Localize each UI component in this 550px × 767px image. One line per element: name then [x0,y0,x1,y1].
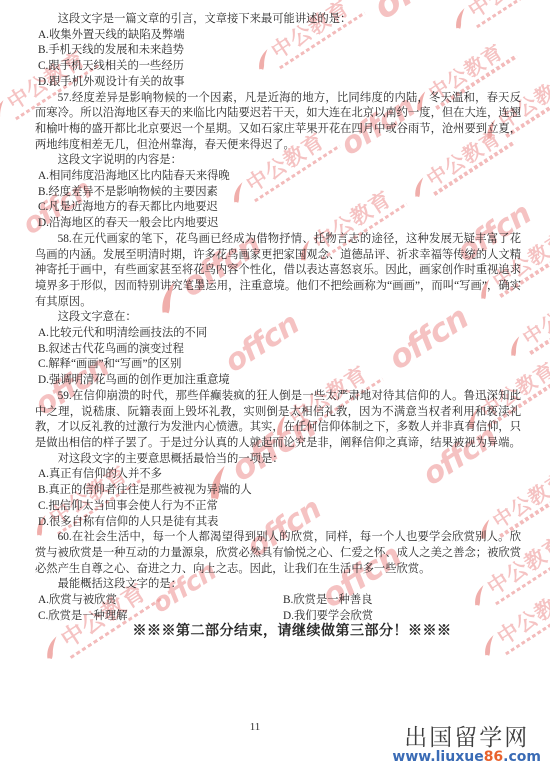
question-59-stem: 对这段文字的主要意思概括最恰当的一项是： [35,452,521,468]
question-59-option-d: D.很多自称有信仰的人只是徒有其表 [35,515,521,531]
intro-option-a: A.收集外置天线的缺陷及弊端 [35,28,521,44]
question-60-option-row-2: C.欣赏是一种理解 D.我们要学会欣赏 [35,609,521,625]
question-59-option-b: B.真正的信仰者往往是那些被视为异端的人 [35,483,521,499]
question-58-option-d: D.强调明清花鸟画的创作更加注重意境 [35,373,521,389]
question-57-stem: 这段文字说明的内容是： [35,153,521,169]
intro-option-d: D.跟手机外观设计有关的故事 [35,75,521,91]
question-60-passage: 60.在社会生活中，每一个人都渴望得到别人的欣赏，同样，每一个人也要学会欣赏别人… [35,530,521,577]
question-60-option-b: B.欣赏是一种善良 [283,593,521,609]
question-60-option-a: A.欣赏与被欣赏 [38,593,283,609]
intro-option-c: C.跟手机天线相关的一些经历 [35,59,521,75]
question-58-option-a: A.比较元代和明清绘画技法的不同 [35,326,521,342]
section-end-notice: ※※※第二部分结束，请继续做第三部分！※※※ [35,624,521,640]
question-57-passage: 57.经度差异是影响物候的一个因素，凡是近海的地方，比同纬度的内陆，冬天温和，春… [35,91,521,154]
watermark-cn-text: 中公教育 [518,284,550,350]
question-57-option-c: C.凡是近海地方的春天都比内地要迟 [35,200,521,216]
logo-url-www: www.liuxue [392,749,483,765]
offcn-swoosh-icon [0,99,13,124]
question-57-option-b: B.经度差异不是影响物候的主要因素 [35,185,521,201]
question-58-option-b: B.叙述古代花鸟画的演变过程 [35,342,521,358]
logo-url-86: 86 [484,749,503,765]
logo-url-com: .com [503,749,541,765]
exam-text-block: 这段文字是一篇文章的引言，文章接下来最可能讲述的是： A.收集外置天线的缺陷及弊… [35,12,521,640]
scanned-exam-page: { "watermark": { "brand_cn": "中公教育", "br… [0,0,550,767]
question-58-passage: 58.在元代画家的笔下，花鸟画已经成为借物抒情、托物言志的途径，这种发展无疑丰富… [35,232,521,311]
question-60-option-c: C.欣赏是一种理解 [38,609,283,625]
liuxue86-logo-url: www.liuxue86.com [392,750,541,764]
liuxue86-logo: 出国留学网 www.liuxue86.com [392,726,541,764]
question-57-option-a: A.相同纬度沿海地区比内陆春天来得晚 [35,169,521,185]
question-59-passage: 59.在信仰崩溃的时代，那些佯癫装疯的狂人倒是一些太严肃地对待其信仰的人。鲁迅深… [35,389,521,452]
question-60-stem: 最能概括这段文字的是： [35,577,521,593]
question-58-option-c: C.解释“画画”和“写画”的区别 [35,357,521,373]
question-60-option-row-1: A.欣赏与被欣赏 B.欣赏是一种善良 [35,593,521,609]
question-58-stem: 这段文字意在： [35,310,521,326]
question-59-option-a: A.真正有信仰的人并不多 [35,467,521,483]
liuxue86-logo-title: 出国留学网 [392,726,541,750]
watermark-subtext-bar [529,300,550,355]
question-57-option-d: D.沿海地区的春天一般会比内地要迟 [35,216,521,232]
question-59-option-c: C.把信仰太当回事会使人行为不正常 [35,499,521,515]
intro-question-stem: 这段文字是一篇文章的引言，文章接下来最可能讲述的是： [35,12,521,28]
question-60-option-d: D.我们要学会欣赏 [283,609,521,625]
intro-option-b: B.手机天线的发展和未来趋势 [35,43,521,59]
